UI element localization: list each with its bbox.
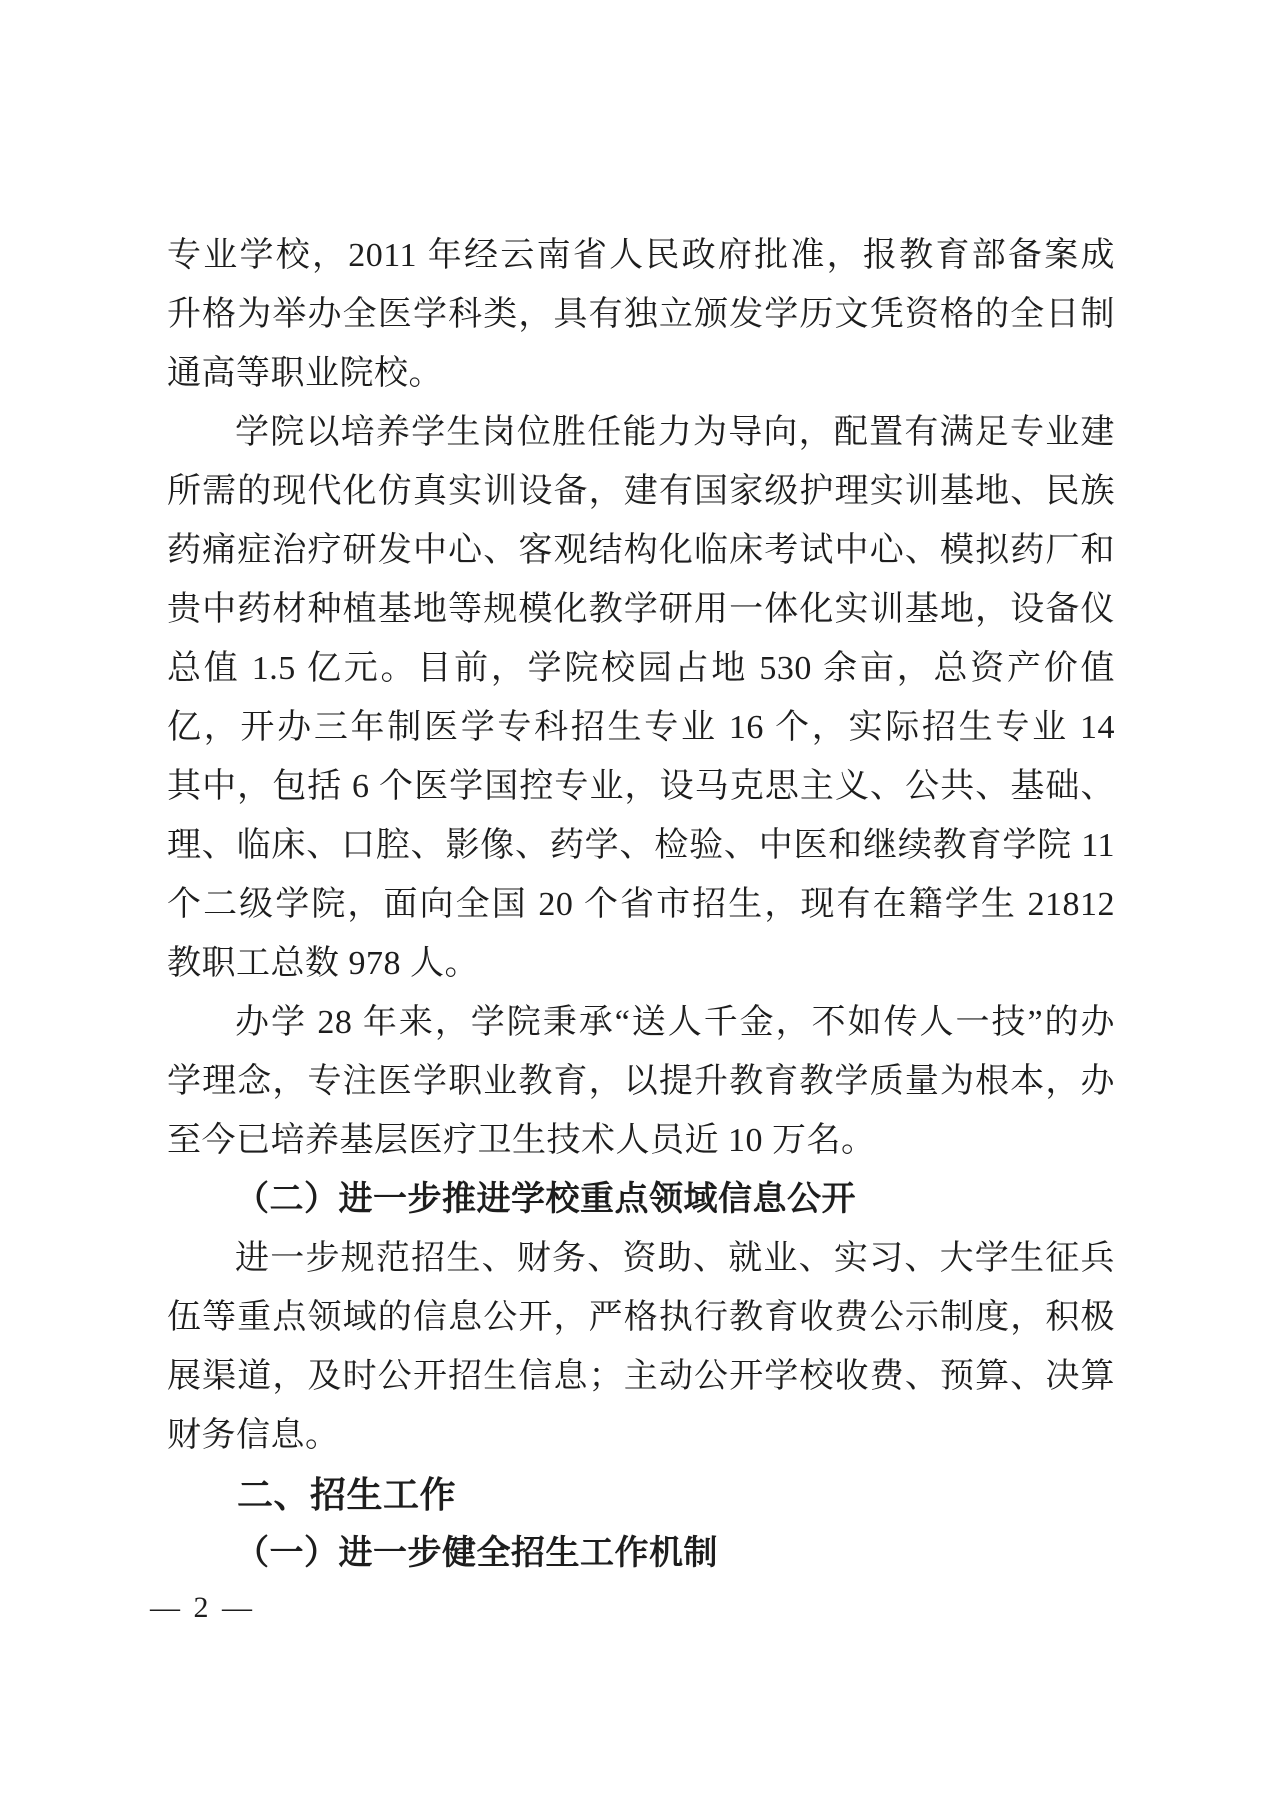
text-line: 学院以培养学生岗位胜任能力为导向，配置有满足专业建设 [167, 403, 1115, 462]
text-line: 财务信息。 [167, 1406, 1115, 1465]
section-heading: （二）进一步推进学校重点领域信息公开 [167, 1170, 1115, 1229]
text-line: 贵中药材种植基地等规模化教学研用一体化实训基地，设备仪器 [167, 580, 1115, 639]
text-line: 个二级学院，面向全国 20 个省市招生，现有在籍学生 21812 人， [167, 875, 1115, 934]
section-heading: 二、招生工作 [167, 1465, 1115, 1524]
text-line: 教职工总数 978 人。 [167, 934, 1115, 993]
section-heading: （一）进一步健全招生工作机制 [167, 1524, 1115, 1583]
document-page: 专业学校，2011 年经云南省人民政府批准，报教育部备案成立，升格为举办全医学科… [0, 0, 1280, 1809]
text-line: 展渠道，及时公开招生信息；主动公开学校收费、预算、决算等 [167, 1347, 1115, 1406]
text-line: 至今已培养基层医疗卫生技术人员近 10 万名。 [167, 1111, 1115, 1170]
text-line: 所需的现代化仿真实训设备，建有国家级护理实训基地、民族医 [167, 462, 1115, 521]
text-line: 伍等重点领域的信息公开，严格执行教育收费公示制度，积极拓 [167, 1288, 1115, 1347]
text-line: 进一步规范招生、财务、资助、就业、实习、大学生征兵入 [167, 1229, 1115, 1288]
text-line: 总值 1.5 亿元。目前，学院校园占地 530 余亩，总资产价值 12.8 [167, 639, 1115, 698]
text-line: 其中，包括 6 个医学国控专业，设马克思主义、公共、基础、护 [167, 757, 1115, 816]
page-number: — 2 — [150, 1578, 255, 1637]
text-line: 药痛症治疗研发中心、客观结构化临床考试中心、模拟药厂和名 [167, 521, 1115, 580]
text-line: 办学 28 年来，学院秉承“送人千金，不如传人一技”的办 [167, 993, 1115, 1052]
document-body: 专业学校，2011 年经云南省人民政府批准，报教育部备案成立，升格为举办全医学科… [167, 226, 1115, 1583]
text-line: 理、临床、口腔、影像、药学、检验、中医和继续教育学院 11 [167, 816, 1115, 875]
text-line: 专业学校，2011 年经云南省人民政府批准，报教育部备案成立， [167, 226, 1115, 285]
text-line: 通高等职业院校。 [167, 344, 1115, 403]
text-line: 升格为举办全医学科类，具有独立颁发学历文凭资格的全日制普 [167, 285, 1115, 344]
text-line: 亿，开办三年制医学专科招生专业 16 个，实际招生专业 14 个， [167, 698, 1115, 757]
text-line: 学理念，专注医学职业教育，以提升教育教学质量为根本，办学 [167, 1052, 1115, 1111]
